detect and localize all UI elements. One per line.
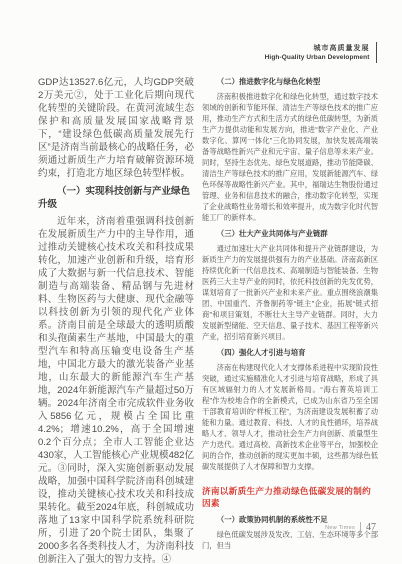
subsection-heading-2: （二）推进数字化与绿色化转型 (202, 76, 378, 87)
page-number: 47 (366, 522, 376, 533)
subsection-heading-3: （三）壮大产业共同体与产业链群 (202, 228, 378, 239)
subsection-heading-1: （一）实现科技创新与产业绿色升级 (38, 185, 194, 211)
header-divider (376, 42, 378, 63)
column-title-zh: 城市高质量发展 (265, 44, 370, 53)
column-title-en: High-Quality Urban Development (265, 53, 370, 62)
paragraph-science-innovation: 近年来，济南着重强调科技创新在发展新质生产力中的主导作用，通过推动关键核心技术攻… (38, 215, 194, 564)
journal-name: New Times (325, 525, 355, 531)
paragraph-intro: GDP达13527.6亿元，人均GDP突破2万美元②，处于工业化后期向现代化转型… (38, 76, 194, 180)
article-body: GDP达13527.6亿元，人均GDP突破2万美元②，处于工业化后期向现代化转型… (38, 76, 378, 564)
section-title-constraints: 济南以新质生产力推动绿色低碳发展的制约因素 (202, 485, 378, 509)
right-column: （二）推进数字化与绿色化转型 济南积极推进数字化和绿色化转型，通过数字技术领域的… (202, 76, 378, 564)
left-column: GDP达13527.6亿元，人均GDP突破2万美元②，处于工业化后期向现代化转型… (38, 76, 194, 564)
paragraph-digital-green: 济南积极推进数字化和绿色化转型，通过数字技术领域的创新和节能环保、清洁生产等绿色… (202, 91, 378, 223)
page-header: 城市高质量发展 High-Quality Urban Development (265, 42, 377, 63)
journal-page: 城市高质量发展 High-Quality Urban Development G… (0, 0, 402, 564)
paragraph-industry-cluster: 通过加速壮大产业共同体和提升产业链群建设，为新质生产力的发展提供强有力的产业基础… (202, 243, 378, 342)
paragraph-talent: 济南在构建现代化人才支撑体系进程中实现阶段性突破，通过实施精准化人才引进与培育战… (202, 362, 378, 472)
subsection-heading-4: （四）强化人才引进与培育 (202, 347, 378, 358)
column-banner: 城市高质量发展 High-Quality Urban Development (265, 44, 370, 62)
page-footer: New Times 47 (325, 522, 376, 533)
footer-divider (360, 522, 361, 533)
